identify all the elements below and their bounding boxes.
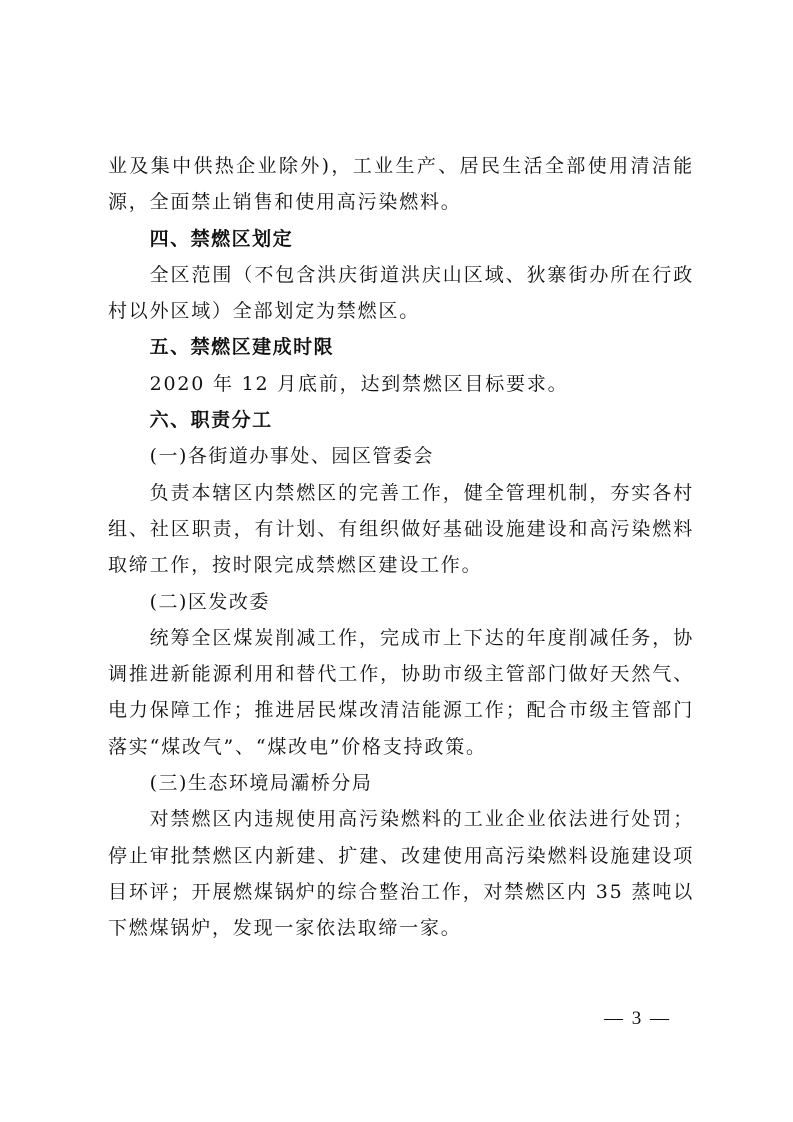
paragraph-line: 电力保障工作；推进居民煤改清洁能源工作；配合市级主管部门 [108,692,694,728]
paragraph-line: 对禁燃区内违规使用高污染燃料的工业企业依法进行处罚； [108,801,694,837]
subsection-heading-3: (三)生态环境局灞桥分局 [108,765,694,801]
paragraph-line: 组、社区职责，有计划、有组织做好基础设施建设和高污染燃料 [108,511,694,547]
subsection-heading-1: (一)各街道办事处、园区管委会 [108,438,694,474]
paragraph-line: 统筹全区煤炭削减工作，完成市上下达的年度削减任务，协 [108,620,694,656]
paragraph-line: 2020 年 12 月底前，达到禁燃区目标要求。 [108,366,694,402]
paragraph-line: 取缔工作，按时限完成禁燃区建设工作。 [108,547,694,583]
document-page-body: 业及集中供热企业除外)，工业生产、居民生活全部使用清洁能 源，全面禁止销售和使用… [108,148,694,947]
section-heading-5: 五、禁燃区建成时限 [108,329,694,365]
paragraph-line: 调推进新能源利用和替代工作，协助市级主管部门做好天然气、 [108,656,694,692]
section-heading-4: 四、禁燃区划定 [108,221,694,257]
paragraph-line: 业及集中供热企业除外)，工业生产、居民生活全部使用清洁能 [108,148,694,184]
paragraph-line: 目环评；开展燃煤锅炉的综合整治工作，对禁燃区内 35 蒸吨以 [108,874,694,910]
paragraph-line: 全区范围（不包含洪庆街道洪庆山区域、狄寨街办所在行政 [108,257,694,293]
paragraph-line: 落实“煤改气”、“煤改电”价格支持政策。 [108,729,694,765]
paragraph-line: 源，全面禁止销售和使用高污染燃料。 [108,184,694,220]
paragraph-line: 负责本辖区内禁燃区的完善工作，健全管理机制，夯实各村 [108,475,694,511]
subsection-heading-2: (二)区发改委 [108,584,694,620]
page-number: — 3 — [604,1008,671,1030]
paragraph-line: 停止审批禁燃区内新建、扩建、改建使用高污染燃料设施建设项 [108,838,694,874]
paragraph-line: 村以外区域）全部划定为禁燃区。 [108,293,694,329]
paragraph-line: 下燃煤锅炉，发现一家依法取缔一家。 [108,910,694,946]
section-heading-6: 六、职责分工 [108,402,694,438]
